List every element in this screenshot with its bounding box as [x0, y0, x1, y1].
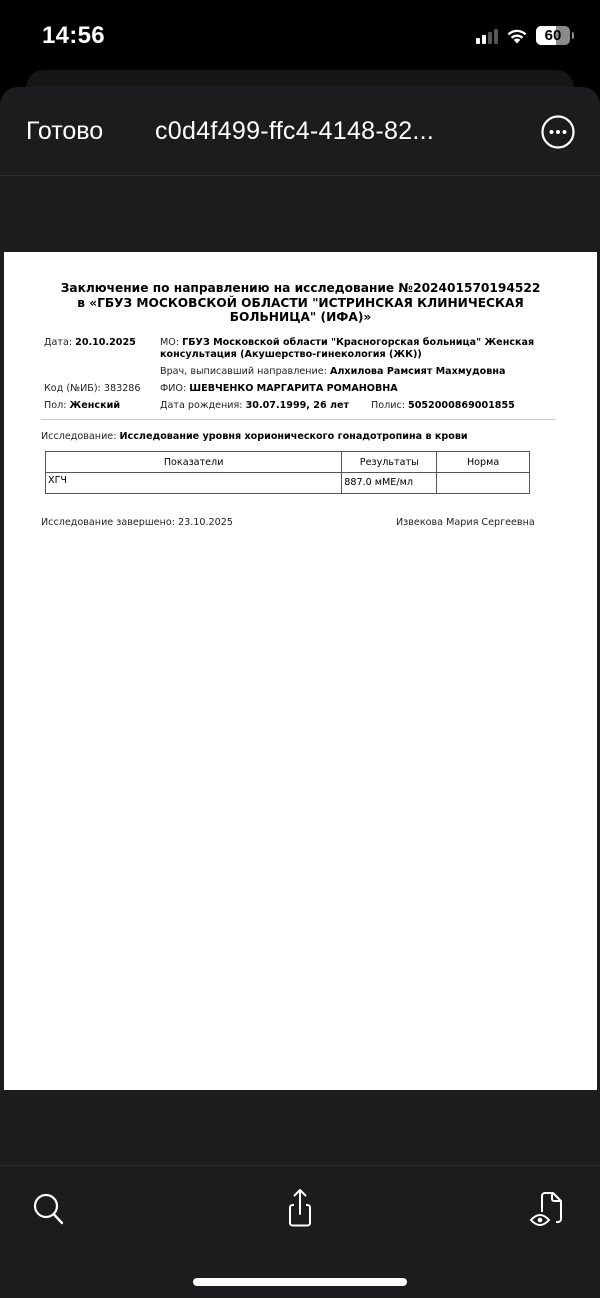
home-indicator[interactable]	[193, 1278, 407, 1286]
mo-value-line1: ГБУЗ Московской области "Красногорская б…	[182, 337, 534, 348]
fio-value: ШЕВЧЕНКО МАРГАРИТА РОМАНОВНА	[189, 383, 397, 394]
heading-line-3: БОЛЬНИЦА" (ИФА)»	[4, 310, 597, 325]
divider	[41, 419, 556, 420]
document-page: Заключение по направлению на исследовани…	[4, 252, 597, 1090]
mo-field-line2: консультация (Акушерство-гинекология (ЖК…	[160, 349, 422, 360]
table-header: Показатели Результаты Норма	[46, 452, 530, 473]
battery-tip	[572, 32, 574, 39]
birth-value: 30.07.1999, 26 лет	[246, 400, 349, 411]
study-value: Исследование уровня хорионического гонад…	[120, 431, 468, 442]
mo-field: МО: ГБУЗ Московской области "Красногорск…	[160, 337, 534, 348]
mo-value-line2: консультация (Акушерство-гинекология (ЖК…	[160, 349, 422, 360]
document-title: c0d4f499-ffc4-4148-82...	[155, 117, 434, 146]
birth-field: Дата рождения: 30.07.1999, 26 лет	[160, 400, 349, 411]
header-result: Результаты	[342, 452, 437, 473]
sex-field: Пол: Женский	[44, 400, 120, 411]
document-eye-icon[interactable]	[528, 1186, 568, 1228]
doctor-field: Врач, выписавший направление: Алхилова Р…	[160, 366, 505, 377]
policy-field: Полис: 5052000869001855	[371, 400, 515, 411]
header-indicator: Показатели	[46, 452, 342, 473]
policy-value: 5052000869001855	[408, 400, 515, 411]
cell-result: 887.0 мМЕ/мл	[342, 473, 437, 494]
code-field: Код (№ИБ): 383286	[44, 383, 141, 394]
completed-field: Исследование завершено: 23.10.2025	[41, 517, 233, 528]
battery-level: 60	[545, 27, 562, 44]
cell-norm	[437, 473, 530, 494]
battery-icon: 60	[536, 26, 570, 45]
heading-line-2: в «ГБУЗ МОСКОВСКОЙ ОБЛАСТИ "ИСТРИНСКАЯ К…	[4, 296, 597, 311]
study-field: Исследование: Исследование уровня хорион…	[41, 431, 468, 442]
table-row: ХГЧ 887.0 мМЕ/мл	[46, 473, 530, 494]
fio-field: ФИО: ШЕВЧЕНКО МАРГАРИТА РОМАНОВНА	[160, 383, 398, 394]
status-bar: 14:56 60	[0, 0, 600, 70]
date-field: Дата: 20.10.2025	[44, 337, 136, 348]
status-time: 14:56	[42, 22, 105, 50]
cellular-signal-icon	[476, 28, 498, 44]
completed-date: 23.10.2025	[178, 517, 233, 528]
nav-bar: Готово c0d4f499-ffc4-4148-82...	[0, 87, 600, 176]
sex-value: Женский	[70, 400, 121, 411]
ellipsis-circle-icon[interactable]	[540, 114, 576, 150]
share-icon[interactable]	[280, 1186, 320, 1228]
status-icons: 60	[476, 26, 574, 45]
code-value: 383286	[104, 383, 141, 394]
document-heading: Заключение по направлению на исследовани…	[4, 281, 597, 325]
done-button[interactable]: Готово	[26, 117, 103, 146]
header-norm: Норма	[437, 452, 530, 473]
search-icon[interactable]	[28, 1186, 68, 1228]
cell-indicator: ХГЧ	[46, 473, 342, 494]
doctor-value: Алхилова Рамсият Махмудовна	[330, 366, 506, 377]
wifi-icon	[506, 28, 528, 44]
results-table: Показатели Результаты Норма ХГЧ 887.0 мМ…	[45, 451, 530, 494]
date-value: 20.10.2025	[75, 337, 136, 348]
heading-line-1: Заключение по направлению на исследовани…	[4, 281, 597, 296]
signed-by: Извекова Мария Сергеевна	[396, 517, 535, 528]
